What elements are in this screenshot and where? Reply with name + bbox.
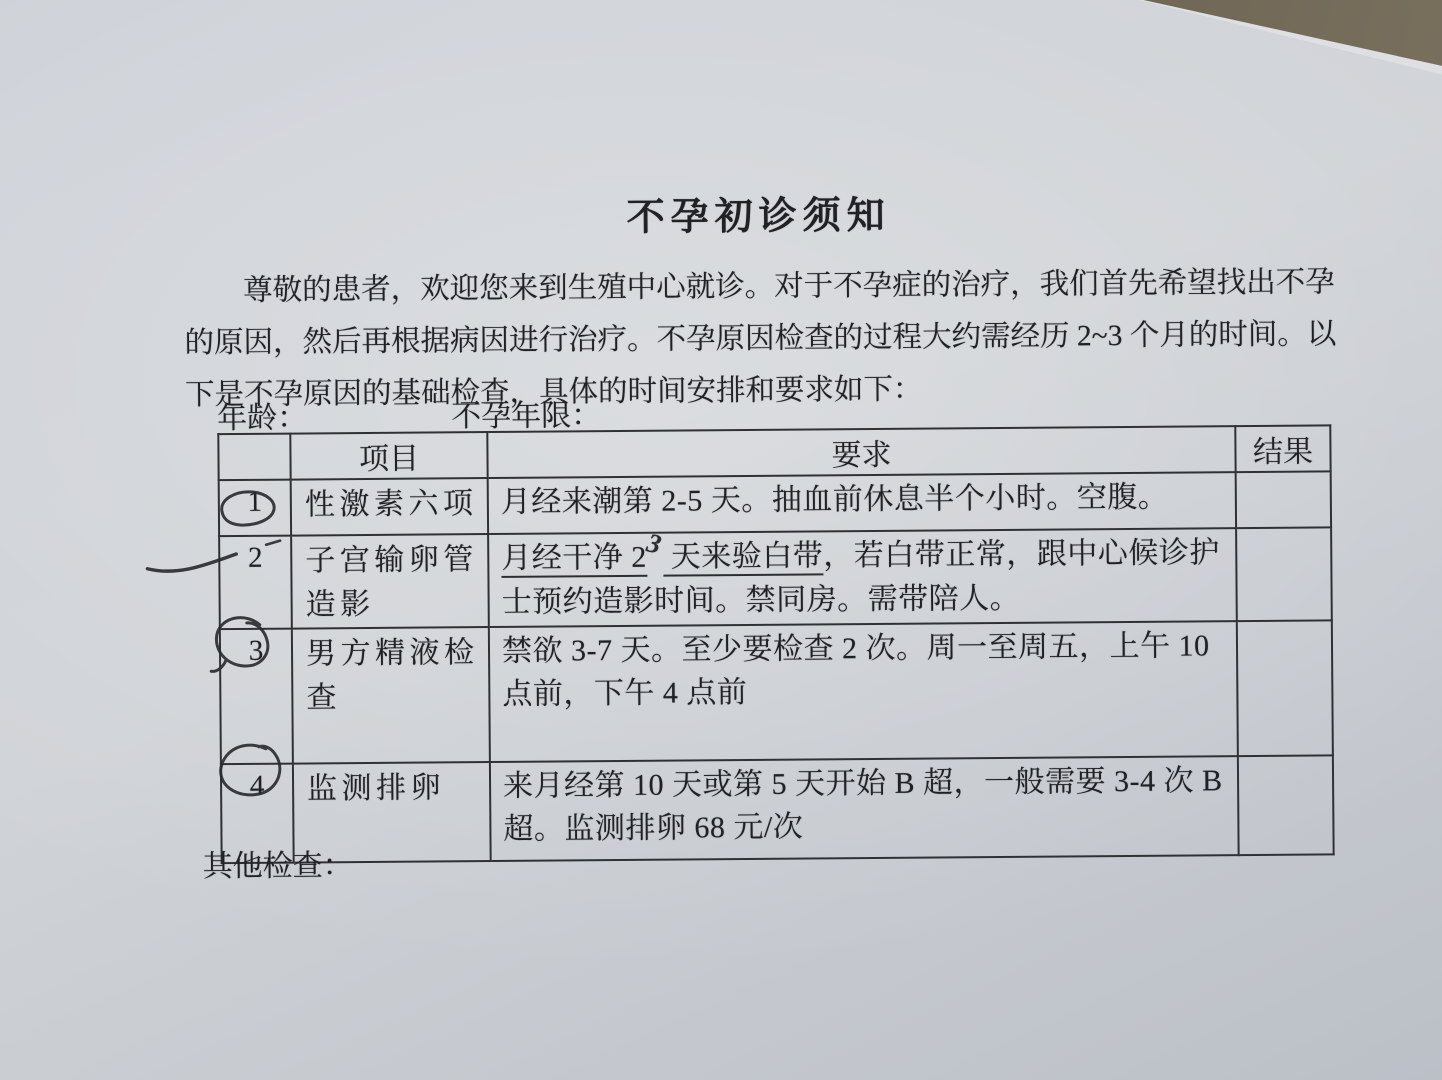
intro-paragraph: 尊敬的患者，欢迎您来到生殖中心就诊。对于不孕症的治疗，我们首先希望找出不孕 的原… xyxy=(184,256,1337,421)
result-cell xyxy=(1237,620,1333,756)
row-number-cell: 1 xyxy=(219,480,291,537)
table-row: 4 监测排卵 来月经第 10 天或第 5 天开始 B 超，一般需要 3-4 次 … xyxy=(221,755,1334,863)
photo-background: 不孕初诊须知 尊敬的患者，欢迎您来到生殖中心就诊。对于不孕症的治疗，我们首先希望… xyxy=(0,0,1442,1080)
intro-line: 尊敬的患者，欢迎您来到生殖中心就诊。对于不孕症的治疗，我们首先希望找出不孕 xyxy=(184,256,1336,317)
row-number-cell: 2 xyxy=(219,536,292,630)
column-header-project: 项目 xyxy=(290,432,487,480)
requirement-cell: 禁欲 3-7 天。至少要检查 2 次。周一至周五，上午 10 点前，下午 4 点… xyxy=(489,621,1238,762)
intro-line: 的原因，然后再根据病因进行治疗。不孕原因检查的过程大约需经历 2~3 个月的时间… xyxy=(184,308,1336,369)
table-row: 1 性激素六项 月经来潮第 2-5 天。抽血前休息半个小时。空腹。 xyxy=(219,471,1331,536)
row-number-cell: 3 xyxy=(220,629,293,765)
age-label: 年龄： xyxy=(217,392,307,437)
requirements-table: 项目 要求 结果 1 性激素六项 月经来潮第 2-5 天。抽血前休息半个小时。空… xyxy=(217,424,1334,864)
document-title: 不孕初诊须知 xyxy=(183,180,1333,244)
column-header-number xyxy=(218,434,290,481)
result-cell xyxy=(1236,471,1331,528)
column-header-requirement: 要求 xyxy=(487,426,1235,478)
result-cell xyxy=(1238,755,1334,855)
other-checks-label: 其他检查： xyxy=(203,840,353,885)
project-cell: 男方精液检查 xyxy=(292,627,490,764)
result-cell xyxy=(1236,527,1332,621)
intro-line: 下是不孕原因的基础检查，具体的时间安排和要求如下： xyxy=(185,360,1337,421)
project-cell: 子宫输卵管造影 xyxy=(291,534,489,629)
paper-document: 不孕初诊须知 尊敬的患者，欢迎您来到生殖中心就诊。对于不孕症的治疗，我们首先希望… xyxy=(0,0,1442,1080)
requirement-cell: 来月经第 10 天或第 5 天开始 B 超，一般需要 3-4 次 B 超。监测排… xyxy=(490,756,1239,861)
column-header-result: 结果 xyxy=(1235,425,1330,472)
table-row: 2 子宫输卵管造影 月经干净 23 天来验白带，若白带正常，跟中心候诊护士预约造… xyxy=(219,527,1332,629)
requirement-cell: 月经干净 23 天来验白带，若白带正常，跟中心候诊护士预约造影时间。禁同房。需带… xyxy=(488,528,1237,627)
underlined-requirement-text: 月经干净 2 xyxy=(501,541,647,578)
underlined-requirement-text: 天来验白带 xyxy=(663,539,824,576)
project-cell: 性激素六项 xyxy=(291,478,488,536)
infertility-years-label: 不孕年限： xyxy=(451,390,601,435)
requirement-cell: 月经来潮第 2-5 天。抽血前休息半个小时。空腹。 xyxy=(488,472,1236,534)
table-row: 3 男方精液检查 禁欲 3-7 天。至少要检查 2 次。周一至周五，上午 10 … xyxy=(220,620,1333,764)
